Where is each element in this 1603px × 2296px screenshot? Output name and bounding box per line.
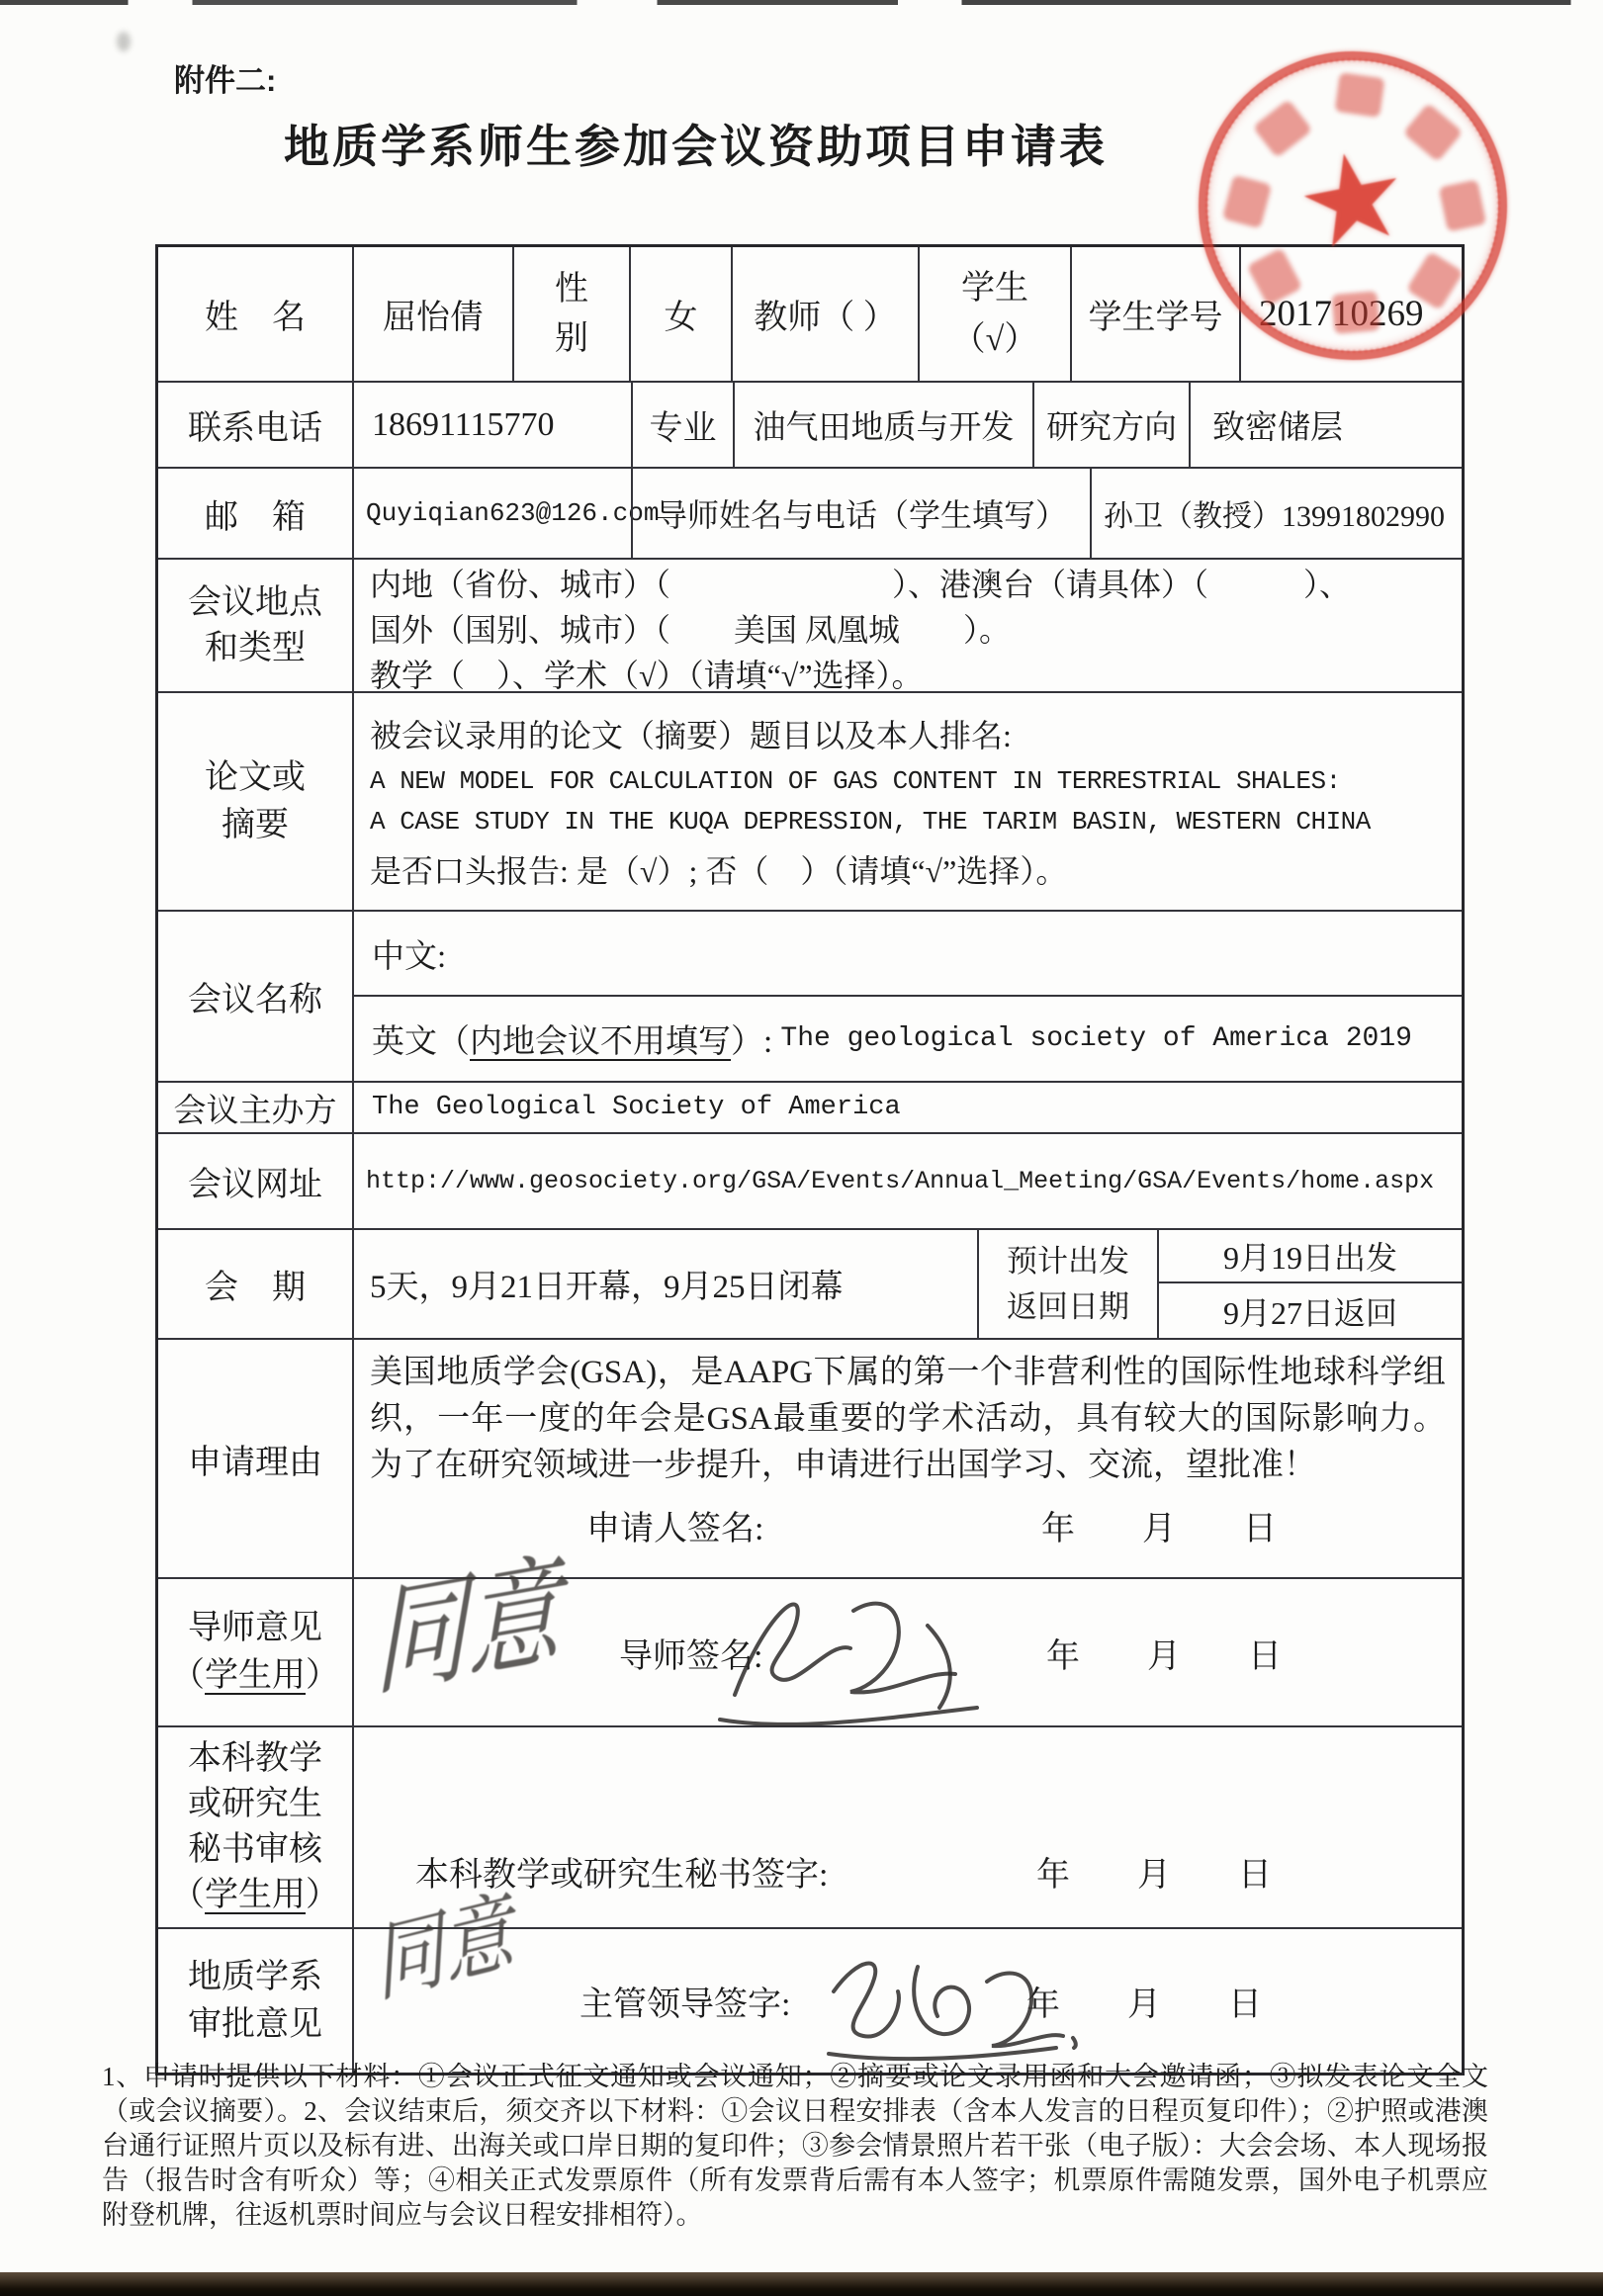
conference-name-cn: 中文: xyxy=(354,912,1462,995)
phone-value: 18691115770 xyxy=(352,383,631,467)
paper-label-line2: 摘要 xyxy=(222,802,289,849)
paper-label: 论文或 摘要 xyxy=(158,693,352,910)
row-email: 邮 箱 Quyiqian623@126.com 导师姓名与电话（学生填写） 孙卫… xyxy=(158,467,1462,558)
depart-label-line1: 预计出发 xyxy=(1007,1239,1129,1284)
row-secretary-review: 本科教学 或研究生 秘书审核 （学生用） 本科教学或研究生秘书签字: 年 月 日 xyxy=(158,1725,1462,1927)
location-label-line1: 会议地点 xyxy=(188,580,322,626)
paren-close: ） xyxy=(306,1877,339,1913)
scan-smudge xyxy=(117,32,131,51)
student-use-note: 学生用 xyxy=(205,1877,306,1913)
footnote: 1、申请时提供以下材料：①会议正式征文通知或会议通知；②摘要或论文录用函和大会邀… xyxy=(102,2060,1488,2233)
teacher-option: 教师（ ） xyxy=(731,247,918,381)
location-line2: 国外（国别、城市）（ 美国 凤凰城 ）。 xyxy=(370,605,1011,651)
row-name: 姓 名 屈怡倩 性 别 女 教师（ ） 学生 （√） 学生学号 20171026… xyxy=(158,247,1462,381)
paper-value: 被会议录用的论文（摘要）题目以及本人排名: A NEW MODEL FOR CA… xyxy=(352,693,1462,910)
scan-edge-bottom xyxy=(0,2272,1603,2296)
depart-label-line2: 返回日期 xyxy=(1007,1284,1129,1330)
advisor-sign-date: 年 月 日 xyxy=(1046,1629,1282,1677)
conference-name-en: 英文（内地会议不用填写）: The geological society of … xyxy=(354,995,1462,1081)
applicant-sign-label: 申请人签名: xyxy=(586,1501,763,1549)
advisor-label: 导师姓名与电话（学生填写） xyxy=(631,469,1090,558)
reason-body: 美国地质学会(GSA)，是AAPG下属的第一个非营利性的国际性地球科学组织，一年… xyxy=(354,1340,1462,1489)
location-value: 内地（省份、城市）（ ）、港澳台（请具体）（ ）、 国外（国别、城市）（ 美国 … xyxy=(352,560,1462,691)
advisor-value: 孙卫（教授）13991802990 xyxy=(1090,469,1462,558)
paren-close: ） xyxy=(306,1657,339,1694)
applicant-sign-date: 年 月 日 xyxy=(1041,1501,1277,1549)
row-website: 会议网址 http://www.geosociety.org/GSA/Event… xyxy=(158,1132,1462,1228)
direction-value: 致密储层 xyxy=(1189,383,1462,467)
row-conference-name: 会议名称 中文: 英文（内地会议不用填写）: The geological so… xyxy=(158,910,1462,1081)
reason-value: 美国地质学会(GSA)，是AAPG下属的第一个非营利性的国际性地球科学组织，一年… xyxy=(352,1340,1462,1577)
advisor-opinion-value: 同意 导师签名: 年 月 日 xyxy=(352,1579,1462,1725)
handwritten-approval: 同意 xyxy=(372,1581,562,1676)
location-line1: 内地（省份、城市）（ ）、港澳台（请具体）（ ）、 xyxy=(370,560,1351,605)
student-id-value: 201710269 xyxy=(1239,247,1462,381)
paper-label-line1: 论文或 xyxy=(205,754,306,802)
student-id-label: 学生学号 xyxy=(1070,247,1239,381)
secretary-label-line2: 或研究生 xyxy=(188,1782,322,1827)
page-title: 地质学系师生参加会议资助项目申请表 xyxy=(284,111,1108,176)
student-use-note: 学生用 xyxy=(205,1657,306,1694)
secretary-label-line1: 本科教学 xyxy=(188,1736,322,1782)
stamp-glyph-mark xyxy=(1334,72,1384,118)
row-advisor-opinion: 导师意见 （学生用） 同意 导师签名: 年 月 日 xyxy=(158,1577,1462,1725)
paren-open: （ xyxy=(171,1877,205,1913)
secretary-label-line4: （学生用） xyxy=(171,1873,339,1918)
depart-return-label: 预计出发 返回日期 xyxy=(977,1230,1157,1338)
oral-report-line: 是否口头报告: 是（√）; 否（ ）（请填“√”选择）。 xyxy=(370,846,1067,892)
location-line3: 教学（ ）、学术（√）（请填“√”选择）。 xyxy=(370,651,924,696)
row-reason: 申请理由 美国地质学会(GSA)，是AAPG下属的第一个非营利性的国际性地球科学… xyxy=(158,1338,1462,1577)
secretary-label-line3: 秘书审核 xyxy=(188,1827,322,1873)
leader-sign-label: 主管领导签字: xyxy=(579,1977,790,2025)
secretary-sign-label: 本科教学或研究生秘书签字: xyxy=(415,1847,828,1896)
row-organizer: 会议主办方 The Geological Society of America xyxy=(158,1081,1462,1132)
handwritten-leader-signature xyxy=(804,1937,1101,2071)
student-option-top: 学生 xyxy=(961,263,1028,314)
paren-open: （ xyxy=(171,1657,205,1694)
direction-label: 研究方向 xyxy=(1032,383,1189,467)
student-option-check: （√） xyxy=(952,314,1038,366)
email-value: Quyiqian623@126.com xyxy=(352,469,631,558)
en-underlined-note: 内地会议不用填写 xyxy=(470,1016,731,1062)
row-department-approval: 地质学系 审批意见 同意 主管领导签字: 年 月 日 xyxy=(158,1927,1462,2073)
website-label: 会议网址 xyxy=(158,1134,352,1228)
organizer-label: 会议主办方 xyxy=(158,1083,352,1132)
email-label: 邮 箱 xyxy=(158,469,352,558)
depart-date: 9月19日出发 xyxy=(1159,1230,1462,1281)
application-form-table: 姓 名 屈怡倩 性 别 女 教师（ ） 学生 （√） 学生学号 20171026… xyxy=(155,244,1465,2075)
paper-title-line1: A NEW MODEL FOR CALCULATION OF GAS CONTE… xyxy=(370,766,1341,796)
stamp-glyph-mark xyxy=(1222,175,1273,229)
department-approval-value: 同意 主管领导签字: 年 月 日 xyxy=(352,1929,1462,2073)
row-dates: 会 期 5天，9月21日开幕，9月25日闭幕 预计出发 返回日期 9月19日出发… xyxy=(158,1228,1462,1338)
secretary-review-label: 本科教学 或研究生 秘书审核 （学生用） xyxy=(158,1727,352,1927)
student-option: 学生 （√） xyxy=(918,247,1070,381)
duration-label: 会 期 xyxy=(158,1230,352,1338)
gender-label-top: 性 xyxy=(555,265,588,314)
organizer-value: The Geological Society of America xyxy=(352,1083,1462,1132)
major-label: 专业 xyxy=(631,383,733,467)
conference-name-label: 会议名称 xyxy=(158,912,352,1081)
row-paper: 论文或 摘要 被会议录用的论文（摘要）题目以及本人排名: A NEW MODEL… xyxy=(158,691,1462,910)
phone-label: 联系电话 xyxy=(158,383,352,467)
reason-label: 申请理由 xyxy=(158,1340,352,1577)
paper-title-line2: A CASE STUDY IN THE KUQA DEPRESSION, THE… xyxy=(370,807,1371,837)
stamp-glyph-mark xyxy=(1253,99,1313,158)
website-value: http://www.geosociety.org/GSA/Events/Ann… xyxy=(352,1134,1462,1228)
conference-name-value: 中文: 英文（内地会议不用填写）: The geological society… xyxy=(352,912,1462,1081)
en-suffix: ）: xyxy=(731,1016,780,1062)
handwritten-approval: 同意 xyxy=(372,1913,514,1985)
secretary-review-value: 本科教学或研究生秘书签字: 年 月 日 xyxy=(352,1727,1462,1927)
gender-value: 女 xyxy=(629,247,731,381)
advisor-opinion-label-line1: 导师意见 xyxy=(188,1605,322,1652)
scan-edge-top xyxy=(0,0,1603,5)
advisor-opinion-label: 导师意见 （学生用） xyxy=(158,1579,352,1725)
advisor-opinion-label-line2: （学生用） xyxy=(171,1652,339,1700)
depart-return-dates: 9月19日出发 9月27日返回 xyxy=(1157,1230,1462,1338)
location-label: 会议地点 和类型 xyxy=(158,560,352,691)
department-approval-label: 地质学系 审批意见 xyxy=(158,1929,352,2073)
row-phone: 联系电话 18691115770 专业 油气田地质与开发 研究方向 致密储层 xyxy=(158,381,1462,467)
conference-name-en-value: The geological society of America 2019 xyxy=(780,1023,1412,1054)
name-value: 屈怡倩 xyxy=(352,247,512,381)
department-label-line2: 审批意见 xyxy=(188,2001,322,2049)
handwritten-advisor-signature xyxy=(680,1571,1007,1739)
gender-label-bottom: 别 xyxy=(555,314,588,364)
location-label-line2: 和类型 xyxy=(205,626,306,671)
name-label: 姓 名 xyxy=(158,247,352,381)
attachment-label: 附件二: xyxy=(174,55,276,100)
en-prefix: 英文（ xyxy=(372,1016,470,1062)
duration-value: 5天，9月21日开幕，9月25日闭幕 xyxy=(352,1230,977,1338)
return-date: 9月27日返回 xyxy=(1159,1281,1462,1338)
stamp-glyph-mark xyxy=(1403,103,1464,162)
row-location: 会议地点 和类型 内地（省份、城市）（ ）、港澳台（请具体）（ ）、 国外（国别… xyxy=(158,558,1462,691)
major-value: 油气田地质与开发 xyxy=(733,383,1032,467)
paper-intro: 被会议录用的论文（摘要）题目以及本人排名: xyxy=(370,711,1012,756)
stamp-glyph-mark xyxy=(1439,179,1487,231)
secretary-sign-date: 年 月 日 xyxy=(1036,1847,1272,1896)
gender-label: 性 别 xyxy=(512,247,629,381)
department-label-line1: 地质学系 xyxy=(188,1954,322,2001)
